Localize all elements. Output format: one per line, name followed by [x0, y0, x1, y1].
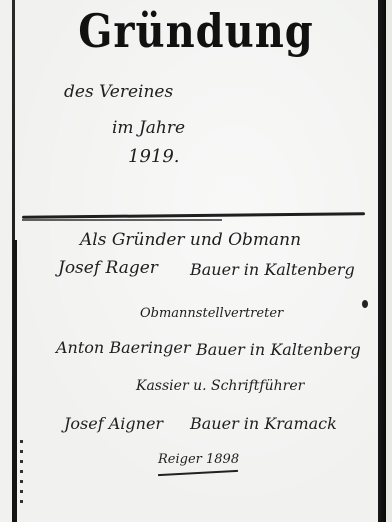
- header-line-vereines: des Vereines: [64, 82, 173, 102]
- document-title: Gründung: [0, 4, 392, 58]
- signature-underline: [158, 470, 238, 476]
- person-treasurer-name: Josef Aigner: [64, 414, 163, 433]
- header-line-year: 1919.: [128, 146, 180, 167]
- margin-specks: [20, 440, 23, 510]
- person-deputy-description: Bauer in Kaltenberg: [196, 340, 361, 359]
- person-founder-description: Bauer in Kaltenberg: [190, 260, 355, 279]
- right-page-edge: [378, 0, 386, 522]
- role-founder-chairman: Als Gründer und Obmann: [80, 230, 301, 250]
- person-founder-name: Josef Rager: [58, 258, 158, 278]
- ink-blot: [362, 300, 368, 308]
- left-page-border-shadow: [13, 240, 17, 522]
- horizontal-divider: [22, 212, 365, 219]
- role-deputy-chairman: Obmannstellvertreter: [140, 306, 283, 321]
- person-deputy-name: Anton Baeringer: [56, 338, 191, 357]
- person-treasurer-description: Bauer in Kramack: [190, 414, 337, 433]
- right-margin-strip: [386, 0, 392, 522]
- signature: Reiger 1898: [158, 452, 239, 467]
- document-page: Gründung des Vereines im Jahre 1919. Als…: [0, 0, 392, 522]
- role-treasurer-secretary: Kassier u. Schriftführer: [136, 378, 304, 394]
- header-line-jahre: im Jahre: [112, 118, 185, 138]
- horizontal-divider-secondary: [22, 219, 222, 221]
